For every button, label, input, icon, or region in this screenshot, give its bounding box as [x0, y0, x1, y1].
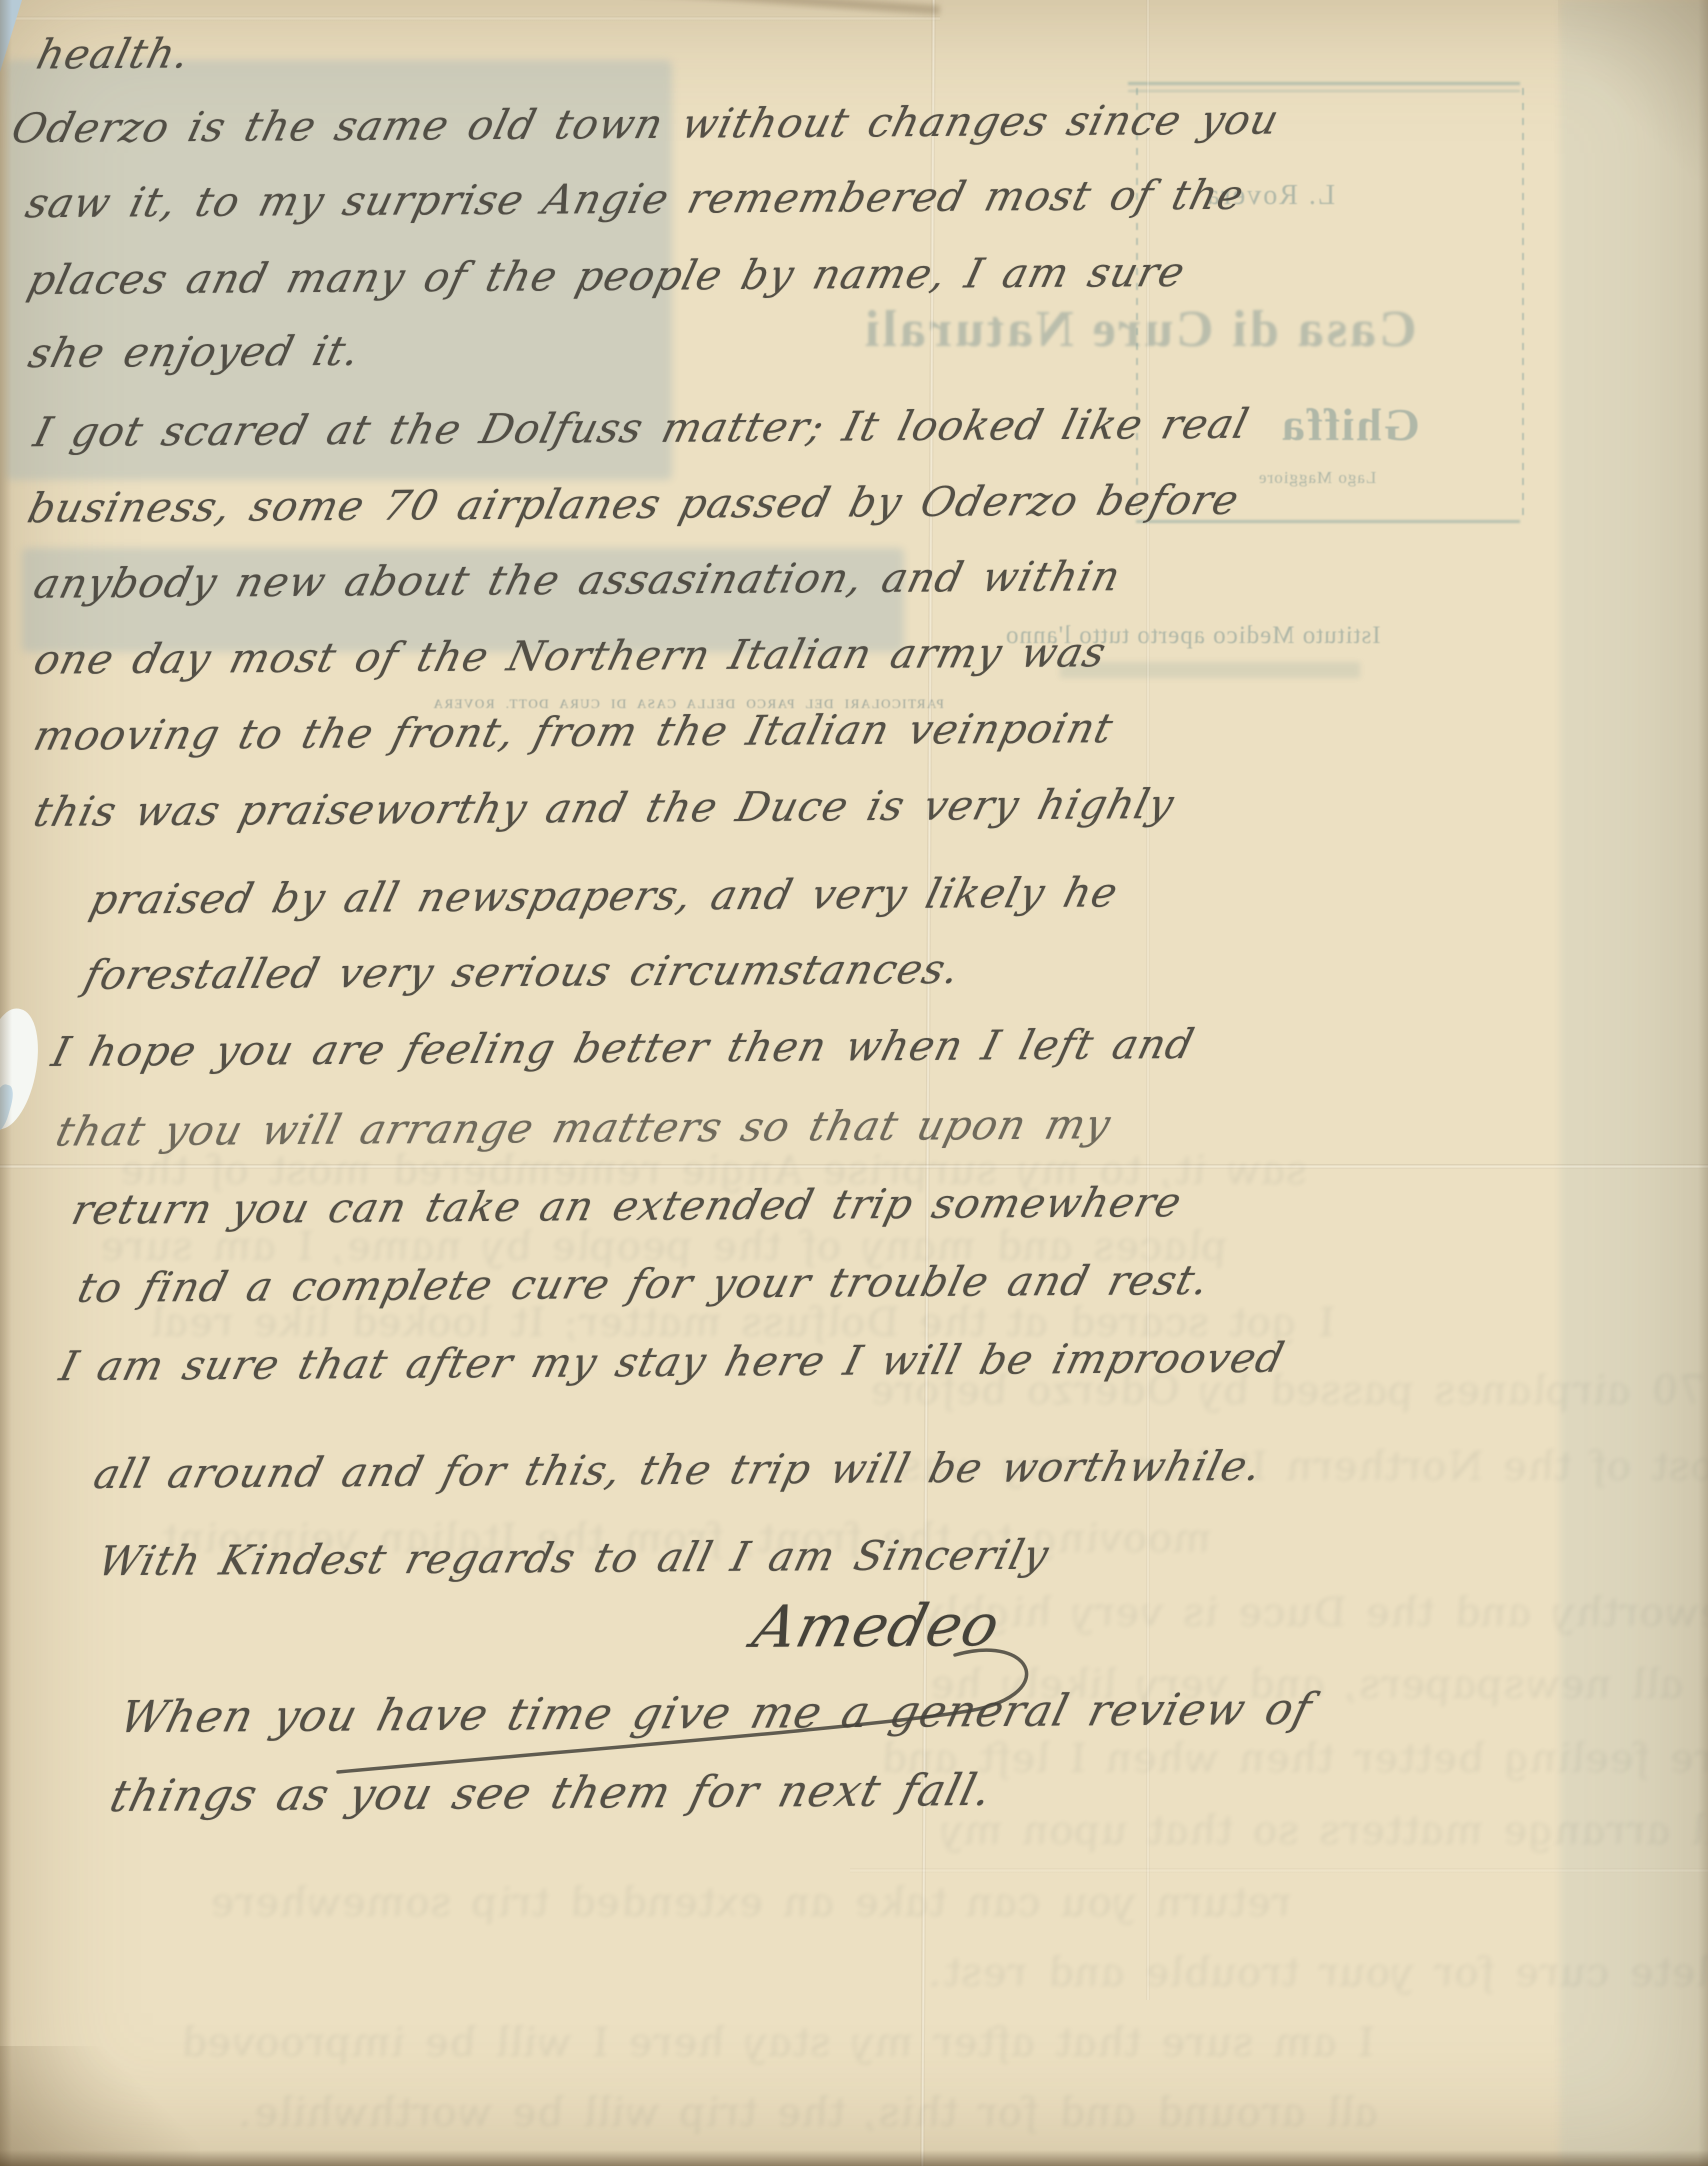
letter-line: saw it, to my surprise Angie remembered … — [21, 171, 1249, 227]
letter-line: to find a complete cure for your trouble… — [73, 1256, 1214, 1312]
letter-line: this was praiseworthy and the Duce is ve… — [29, 780, 1179, 836]
postscript-line: When you have time give me a general rev… — [115, 1684, 1317, 1743]
letter-line: all around and for this, the trip will b… — [89, 1442, 1267, 1498]
postscript-line: things as you see them for next fall. — [105, 1765, 997, 1822]
letter-line: return you can take an extended trip som… — [67, 1178, 1187, 1234]
bleedthrough-region: Lago Maggiore — [1258, 468, 1376, 488]
letter-line: health. — [32, 29, 195, 78]
fold-crease-horizontal — [0, 16, 940, 21]
fold-crease-horizontal — [0, 1164, 1708, 1169]
letter-line: I got scared at the Dolfuss matter; It l… — [29, 400, 1254, 456]
letter-line: Oderzo is the same old town without chan… — [7, 96, 1284, 153]
letter-line: business, some 70 airplanes passed by Od… — [23, 476, 1244, 532]
top-edge-crease-shadow — [620, 0, 940, 15]
bleedthrough-handwriting: to find a complete cure for your trouble… — [924, 1950, 1708, 1996]
letter-line: places and many of the people by name, I… — [23, 248, 1190, 304]
bleedthrough-handwriting: return you can take an extended trip som… — [204, 1880, 1297, 1926]
bleedthrough-institution: Casa di Cure Naturali — [862, 300, 1417, 359]
letterhead-box-border — [1128, 82, 1520, 85]
bleedthrough-smudge — [1060, 662, 1360, 678]
letterhead-box-border — [1522, 88, 1524, 522]
letter-line: I am sure that after my stay here I will… — [55, 1334, 1289, 1391]
fold-crease-horizontal — [850, 1868, 1708, 1873]
page-edge-shadow — [0, 2150, 1708, 2166]
letter-page: L. Rovera Casa di Cure Naturali Ghiffa L… — [0, 0, 1708, 2166]
letter-line: praised by all newspapers, and very like… — [85, 868, 1123, 923]
letter-line: I hope you are feeling better then when … — [47, 1020, 1199, 1076]
bleedthrough-handwriting: all around and for this, the trip will b… — [234, 2090, 1384, 2136]
letter-line: anybody new about the assasination, and … — [29, 552, 1126, 608]
letterhead-box-border — [1128, 90, 1520, 92]
letter-line: one day most of the Northern Italian arm… — [29, 628, 1111, 683]
letter-line: forestalled very serious circumstances. — [79, 945, 965, 999]
letter-line: that you will arrange matters so that up… — [51, 1100, 1116, 1155]
letter-line: she enjoyed it. — [24, 327, 365, 377]
bleedthrough-place: Ghiffa — [1280, 398, 1420, 451]
bleedthrough-handwriting: I am sure that after my stay here I will… — [174, 2020, 1379, 2066]
page-corner-shadow — [0, 2046, 200, 2166]
letter-line: mooving to the front, from the Italian v… — [29, 704, 1118, 760]
